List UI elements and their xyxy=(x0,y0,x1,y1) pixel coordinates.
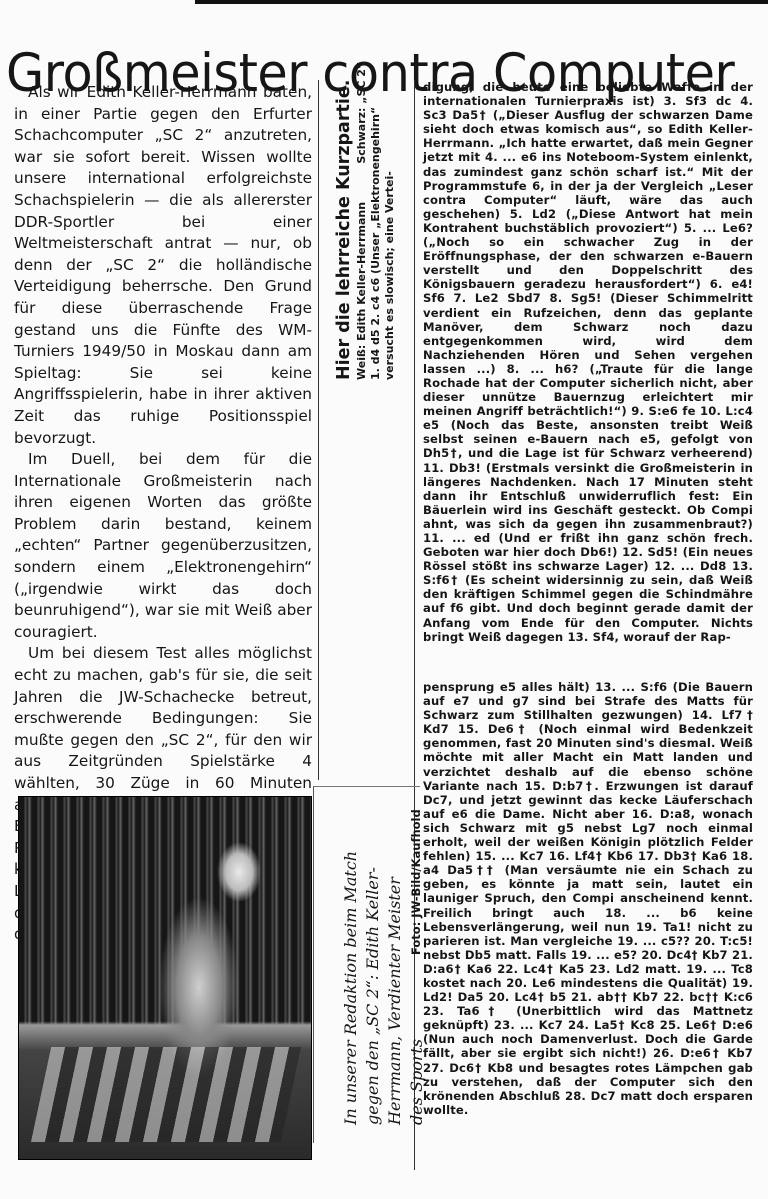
player-white: Weiß: Edith Keller-Herrmann xyxy=(355,202,368,380)
page-top-rule xyxy=(195,0,768,4)
intro-paragraph-2: Im Duell, bei dem für die Internationale… xyxy=(14,449,312,643)
game-header-sidebar: Hier die lehrreiche Kurzpartie. Weiß: Ed… xyxy=(333,62,397,380)
photo-credit: Foto: JW-Bild/Kaufhold xyxy=(408,809,424,955)
caption-line-4-text: des Sports xyxy=(407,1039,426,1125)
game-commentary-top: digung, die heute eine beliebte Waffe in… xyxy=(423,80,753,644)
chessboard-in-photo xyxy=(31,1047,301,1142)
caption-line-1: In unserer Redaktion beim Match xyxy=(340,809,362,1125)
game-opening-moves: 1. d4 d5 2. c4 c6 (Unser „Elektronengehi… xyxy=(369,80,397,380)
game-commentary-bottom: pensprung e5 alles hält) 13. ... S:f6 (D… xyxy=(423,680,753,1117)
game-players: Weiß: Edith Keller-Herrmann Schwarz: „SC… xyxy=(355,62,369,380)
game-commentary-column-top: digung, die heute eine beliebte Waffe in… xyxy=(423,80,753,644)
column-divider-left xyxy=(318,80,319,780)
match-photo xyxy=(18,796,312,1160)
caption-line-2: gegen den „SC 2“: Edith Keller- xyxy=(362,809,384,1125)
photo-caption: In unserer Redaktion beim Match gegen de… xyxy=(340,809,424,1125)
caption-line-3: Herrmann, Verdienter Meister xyxy=(384,809,406,1125)
game-commentary-column-bottom: pensprung e5 alles hält) 13. ... S:f6 (D… xyxy=(423,680,753,1117)
intro-paragraph-1: Als wir Edith Keller-Herrmann baten, in … xyxy=(14,82,312,449)
player-black: Schwarz: „SC 2“ xyxy=(355,62,368,164)
game-header-lead: Hier die lehrreiche Kurzpartie. xyxy=(333,62,355,380)
